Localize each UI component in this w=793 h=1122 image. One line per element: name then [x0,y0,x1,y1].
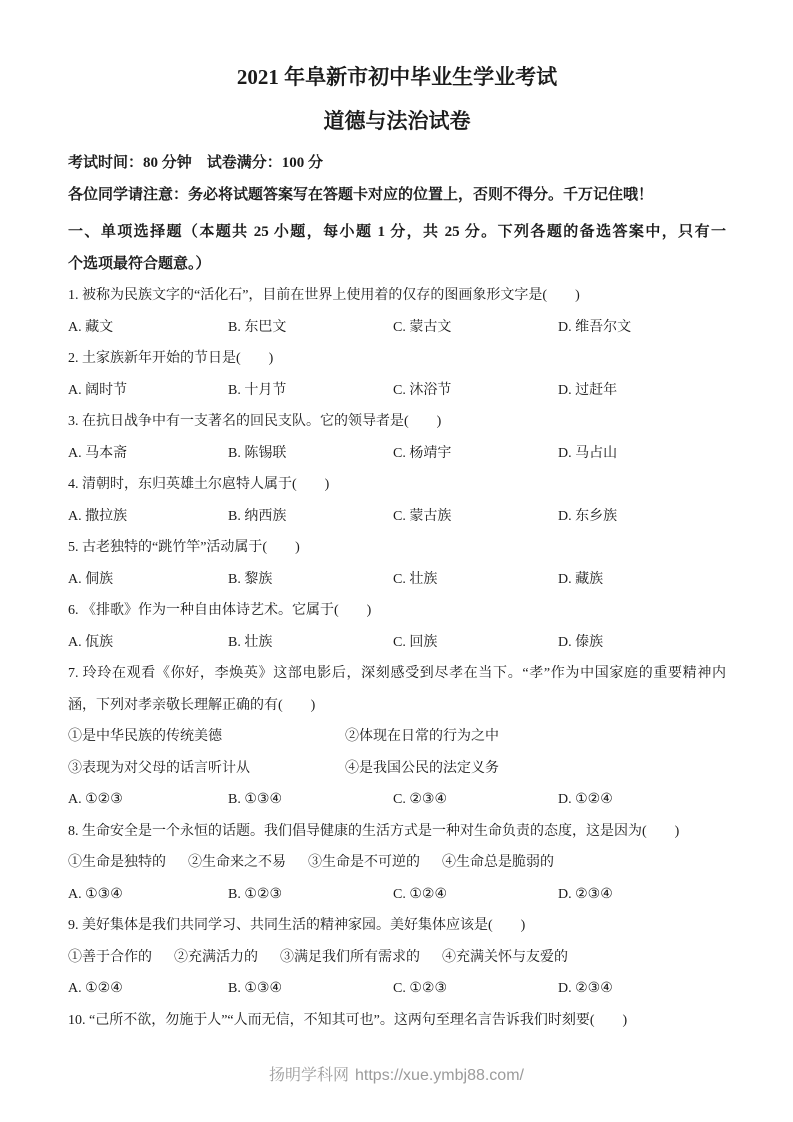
question-5-option-D: D. 藏族 [558,564,603,596]
question-8-option-D: D. ②③④ [558,879,613,911]
question-9-subitem: ③满足我们所有需求的 [280,942,420,974]
question-10-stem-line-1: 10. “己所不欲，勿施于人”“人而无信，不知其可也”。这两句至理名言告诉我们时… [68,1005,726,1037]
question-6-option-B: B. 壮族 [228,627,393,659]
question-8-option-C: C. ①②④ [393,879,558,911]
exam-title: 2021 年阜新市初中毕业生学业考试 [68,62,726,92]
question-7-option-B: B. ①③④ [228,784,393,816]
question-7-subitem: ②体现在日常的行为之中 [345,721,499,753]
footer-watermark: 扬明学科网https://xue.ymbj88.com/ [0,1066,793,1086]
question-9-option-B: B. ①③④ [228,973,393,1005]
question-6-option-C: C. 回族 [393,627,558,659]
question-1-option-C: C. 蒙古文 [393,312,558,344]
question-3-option-B: B. 陈锡联 [228,438,393,470]
question-7-stem-line-2: 涵，下列对孝亲敬长理解正确的有( ) [68,690,726,722]
question-8-subitem: ②生命来之不易 [188,847,286,879]
footer-site-name: 扬明学科网 [269,1067,349,1084]
exam-paper-page: 2021 年阜新市初中毕业生学业考试 道德与法治试卷 考试时间：80 分钟 试卷… [0,0,793,1122]
question-9-option-C: C. ①②③ [393,973,558,1005]
question-4-option-C: C. 蒙古族 [393,501,558,533]
question-7-subitems-row-1: ①是中华民族的传统美德②体现在日常的行为之中 [68,721,726,753]
footer-url: https://xue.ymbj88.com/ [355,1067,524,1084]
exam-subtitle: 道德与法治试卷 [68,106,726,136]
question-8-option-B: B. ①②③ [228,879,393,911]
question-7-subitem: ③表现为对父母的话言听计从 [68,753,345,785]
exam-info: 考试时间：80 分钟 试卷满分：100 分 [68,148,726,180]
question-3-option-D: D. 马占山 [558,438,617,470]
question-6-option-D: D. 傣族 [558,627,603,659]
question-8-stem-line-1: 8. 生命安全是一个永恒的话题。我们倡导健康的生活方式是一种对生命负责的态度，这… [68,816,726,848]
question-9-subitem: ②充满活力的 [174,942,258,974]
question-1-options: A. 藏文B. 东巴文C. 蒙古文D. 维吾尔文 [68,312,726,344]
exam-notice: 各位同学请注意：务必将试题答案写在答题卡对应的位置上，否则不得分。千万记住哦！ [68,180,726,212]
question-2-stem-line-1: 2. 土家族新年开始的节日是( ) [68,343,726,375]
section-header-line-2: 个选项最符合题意。） [68,249,726,281]
question-3-stem-line-1: 3. 在抗日战争中有一支著名的回民支队。它的领导者是( ) [68,406,726,438]
question-5-option-A: A. 侗族 [68,564,228,596]
question-9: 9. 美好集体是我们共同学习、共同生活的精神家园。美好集体应该是( )①善于合作… [68,910,726,1005]
question-6-option-A: A. 佤族 [68,627,228,659]
question-1-stem-line-1: 1. 被称为民族文字的“活化石”，目前在世界上使用着的仅存的图画象形文字是( ) [68,280,726,312]
question-9-option-D: D. ②③④ [558,973,613,1005]
question-9-subitem: ①善于合作的 [68,942,152,974]
question-4-option-B: B. 纳西族 [228,501,393,533]
page-content: 2021 年阜新市初中毕业生学业考试 道德与法治试卷 考试时间：80 分钟 试卷… [0,0,793,1036]
question-9-options: A. ①②④B. ①③④C. ①②③D. ②③④ [68,973,726,1005]
question-4-stem-line-1: 4. 清朝时，东归英雄土尔扈特人属于( ) [68,469,726,501]
question-7-option-C: C. ②③④ [393,784,558,816]
question-8-subitem: ①生命是独特的 [68,847,166,879]
questions-list: 1. 被称为民族文字的“活化石”，目前在世界上使用着的仅存的图画象形文字是( )… [68,280,726,1036]
question-5-options: A. 侗族B. 黎族C. 壮族D. 藏族 [68,564,726,596]
question-2-option-D: D. 过赶年 [558,375,617,407]
question-2-option-B: B. 十月节 [228,375,393,407]
question-7-stem-line-1: 7. 玲玲在观看《你好，李焕英》这部电影后，深刻感受到尽孝在当下。“孝”作为中国… [68,658,726,690]
question-7-option-D: D. ①②④ [558,784,613,816]
question-9-subitems-row-1: ①善于合作的②充满活力的③满足我们所有需求的④充满关怀与友爱的 [68,942,726,974]
question-4-options: A. 撒拉族B. 纳西族C. 蒙古族D. 东乡族 [68,501,726,533]
section-header-line-1: 一、单项选择题（本题共 25 小题，每小题 1 分，共 25 分。下列各题的备选… [68,217,726,249]
question-3: 3. 在抗日战争中有一支著名的回民支队。它的领导者是( )A. 马本斋B. 陈锡… [68,406,726,469]
question-2-options: A. 阔时节B. 十月节C. 沐浴节D. 过赶年 [68,375,726,407]
question-8-subitems-row-1: ①生命是独特的②生命来之不易③生命是不可逆的④生命总是脆弱的 [68,847,726,879]
question-8: 8. 生命安全是一个永恒的话题。我们倡导健康的生活方式是一种对生命负责的态度，这… [68,816,726,911]
question-9-stem-line-1: 9. 美好集体是我们共同学习、共同生活的精神家园。美好集体应该是( ) [68,910,726,942]
question-9-subitem: ④充满关怀与友爱的 [442,942,568,974]
question-7-subitems-row-2: ③表现为对父母的话言听计从④是我国公民的法定义务 [68,753,726,785]
question-10: 10. “己所不欲，勿施于人”“人而无信，不知其可也”。这两句至理名言告诉我们时… [68,1005,726,1037]
question-3-option-A: A. 马本斋 [68,438,228,470]
question-6: 6. 《排歌》作为一种自由体诗艺术。它属于( )A. 佤族B. 壮族C. 回族D… [68,595,726,658]
question-6-options: A. 佤族B. 壮族C. 回族D. 傣族 [68,627,726,659]
question-5-option-C: C. 壮族 [393,564,558,596]
question-2-option-C: C. 沐浴节 [393,375,558,407]
question-2: 2. 土家族新年开始的节日是( )A. 阔时节B. 十月节C. 沐浴节D. 过赶… [68,343,726,406]
question-5-stem-line-1: 5. 古老独特的“跳竹竿”活动属于( ) [68,532,726,564]
question-8-options: A. ①③④B. ①②③C. ①②④D. ②③④ [68,879,726,911]
question-7-options: A. ①②③B. ①③④C. ②③④D. ①②④ [68,784,726,816]
question-8-subitem: ④生命总是脆弱的 [442,847,554,879]
question-7-subitem: ①是中华民族的传统美德 [68,721,345,753]
question-2-option-A: A. 阔时节 [68,375,228,407]
question-1-option-D: D. 维吾尔文 [558,312,631,344]
question-7-option-A: A. ①②③ [68,784,228,816]
question-1-option-B: B. 东巴文 [228,312,393,344]
question-9-option-A: A. ①②④ [68,973,228,1005]
question-5: 5. 古老独特的“跳竹竿”活动属于( )A. 侗族B. 黎族C. 壮族D. 藏族 [68,532,726,595]
question-4-option-A: A. 撒拉族 [68,501,228,533]
question-4: 4. 清朝时，东归英雄土尔扈特人属于( )A. 撒拉族B. 纳西族C. 蒙古族D… [68,469,726,532]
question-1-option-A: A. 藏文 [68,312,228,344]
question-6-stem-line-1: 6. 《排歌》作为一种自由体诗艺术。它属于( ) [68,595,726,627]
question-3-option-C: C. 杨靖宇 [393,438,558,470]
question-8-subitem: ③生命是不可逆的 [308,847,420,879]
question-5-option-B: B. 黎族 [228,564,393,596]
question-7: 7. 玲玲在观看《你好，李焕英》这部电影后，深刻感受到尽孝在当下。“孝”作为中国… [68,658,726,816]
question-8-option-A: A. ①③④ [68,879,228,911]
question-7-subitem: ④是我国公民的法定义务 [345,753,499,785]
question-1: 1. 被称为民族文字的“活化石”，目前在世界上使用着的仅存的图画象形文字是( )… [68,280,726,343]
question-4-option-D: D. 东乡族 [558,501,617,533]
question-3-options: A. 马本斋B. 陈锡联C. 杨靖宇D. 马占山 [68,438,726,470]
